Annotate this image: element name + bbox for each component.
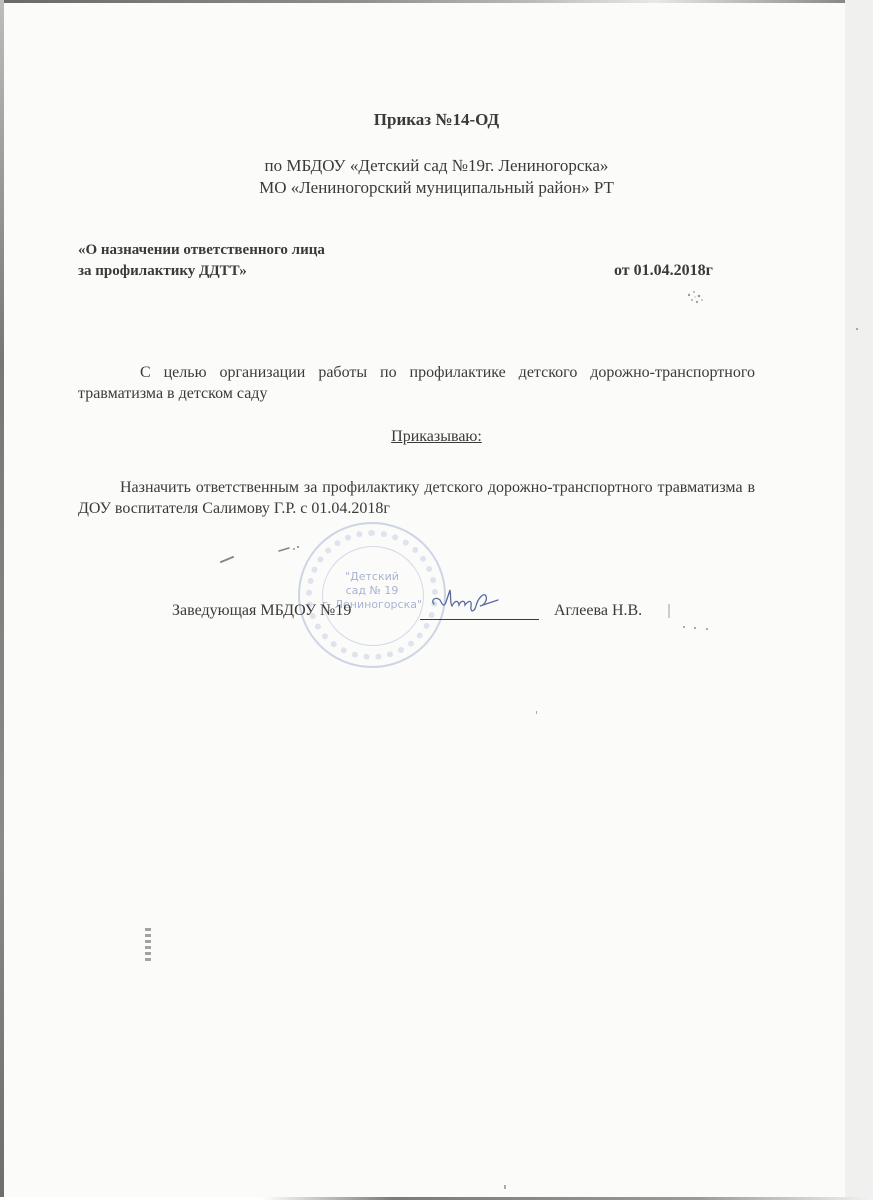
scan-speck	[536, 711, 537, 714]
order-heading: Приказываю:	[0, 427, 873, 447]
paragraph-purpose: С целью организации работы по профилакти…	[78, 362, 755, 404]
scan-speck	[694, 627, 696, 629]
scanned-page: Приказ №14-ОД по МБДОУ «Детский сад №19г…	[0, 0, 873, 1200]
handwritten-signature-icon	[428, 586, 518, 616]
subject-line-2: за профилактику ДДТТ»	[78, 261, 247, 281]
scan-speck	[683, 626, 685, 628]
signature-line	[420, 619, 539, 620]
ink-blot-icon	[683, 287, 709, 309]
margin-mark	[145, 928, 151, 964]
signatory-role: Заведующая МБДОУ №19	[172, 601, 351, 621]
subject-line-1: «О назначении ответственного лица	[78, 240, 325, 260]
scan-speck	[706, 628, 708, 630]
scan-speck	[856, 328, 858, 330]
scan-speck	[504, 1185, 506, 1189]
pen-marks-icon	[219, 545, 301, 565]
document-date: от 01.04.2018г	[614, 261, 713, 281]
signatory-name: Аглеева Н.В.	[554, 601, 642, 621]
scan-edge-top	[0, 0, 873, 3]
stamp-text-1: "Детский	[300, 570, 444, 583]
document-title: Приказ №14-ОД	[0, 110, 873, 130]
paragraph-assignment: Назначить ответственным за профилактику …	[78, 477, 755, 519]
organization-line-1: по МБДОУ «Детский сад №19г. Лениногорска…	[0, 156, 873, 176]
official-stamp: "Детский сад № 19 г. Лениногорска"	[298, 522, 446, 668]
organization-line-2: МО «Лениногорский муниципальный район» Р…	[0, 178, 873, 198]
stamp-text-2: сад № 19	[300, 584, 444, 597]
scan-speck	[668, 604, 670, 618]
